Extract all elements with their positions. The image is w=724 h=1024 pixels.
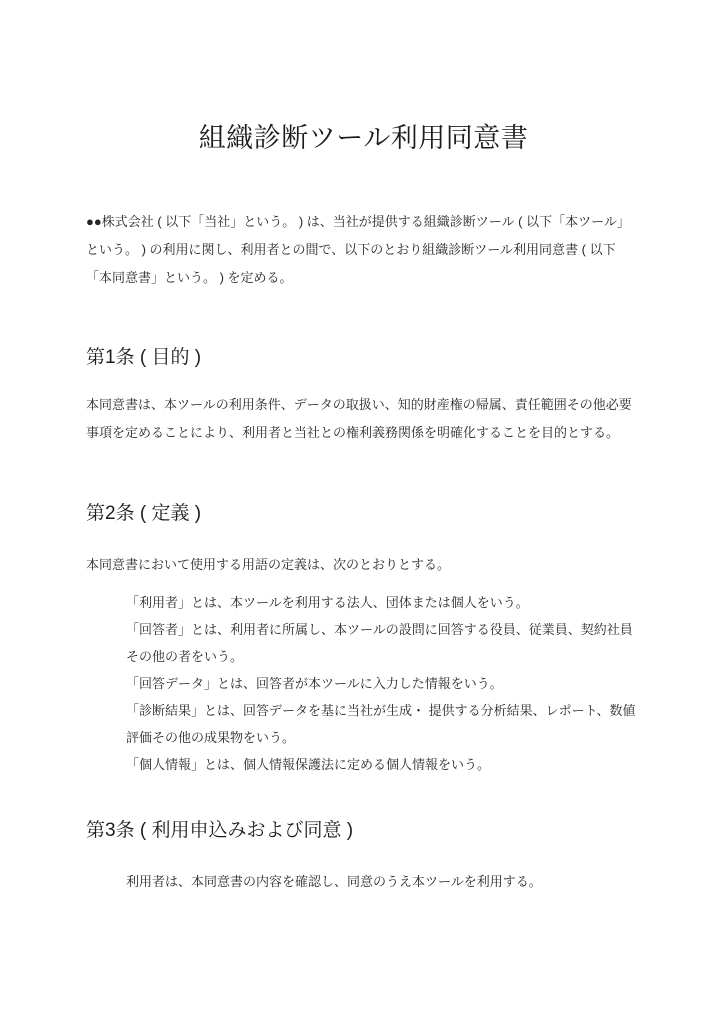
article-2-heading: 第2条 ( 定義 ) — [86, 501, 641, 527]
article-3-body: 利用者は、本同意書の内容を確認し、同意のうえ本ツールを利用する。 — [126, 868, 638, 896]
article-2-lead: 本同意書において使用する用語の定義は、次のとおりとする。 — [86, 551, 641, 579]
definition-item-respondent: 「回答者」とは、利用者に所属し、本ツールの設問に回答する役員、従業員、契約社員そ… — [126, 616, 638, 670]
article-3-heading: 第3条 ( 利用申込みおよび同意 ) — [86, 818, 641, 844]
page-title: 組織診断ツール利用同意書 — [86, 0, 641, 155]
article-1-body: 本同意書は、本ツールの利用条件、データの取扱い、知的財産権の帰属、責任範囲その他… — [86, 391, 641, 447]
intro-paragraph: ●●株式会社 ( 以下「当社」という。 ) は、当社が提供する組織診断ツール (… — [86, 208, 641, 292]
article-1-heading: 第1条 ( 目的 ) — [86, 345, 641, 371]
document-page: 組織診断ツール利用同意書 ●●株式会社 ( 以下「当社」という。 ) は、当社が… — [0, 0, 724, 1024]
definitions-list: 「利用者」とは、本ツールを利用する法人、団体または個人をいう。 「回答者」とは、… — [126, 589, 638, 778]
definition-item-user: 「利用者」とは、本ツールを利用する法人、団体または個人をいう。 — [126, 589, 638, 616]
definition-item-diagnostic-result: 「診断結果」とは、回答データを基に当社が生成・ 提供する分析結果、レポート、数値… — [126, 697, 638, 751]
definition-item-response-data: 「回答データ」とは、回答者が本ツールに入力した情報をいう。 — [126, 670, 638, 697]
definition-item-personal-info: 「個人情報」とは、個人情報保護法に定める個人情報をいう。 — [126, 751, 638, 778]
